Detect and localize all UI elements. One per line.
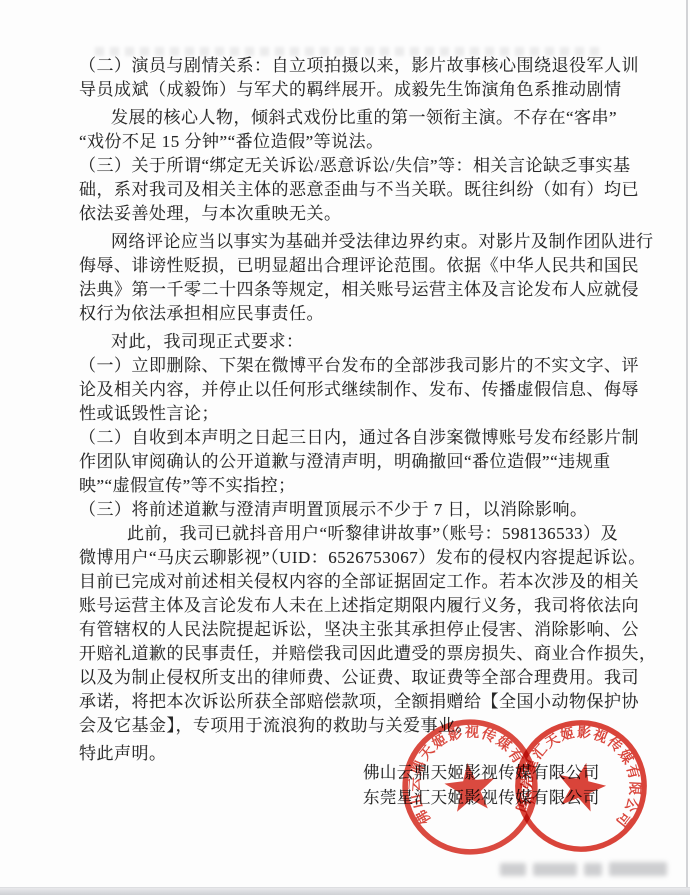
statement-line: 有管辖权的人民法院提起诉讼，坚决主张其承担停止侵害、消除影响、公 — [79, 618, 654, 642]
statement-line: （三）关于所谓“绑定无关诉讼/恶意诉讼/失信”等：相关言论缺乏事实基 — [79, 154, 654, 178]
statement-line: 此前，我司已就抖音用户“听黎律讲故事”（账号：598136533）及 — [79, 522, 654, 546]
statement-line: （二）自收到本声明之日起三日内，通过各自涉案微博账号发布经影片制 — [79, 426, 654, 450]
statement-line: 目前已完成对前述相关侵权内容的全部证据固定工作。若本次涉及的相关 — [79, 570, 654, 594]
statement-line: 网络评论应当以事实为基础并受法律边界约束。对影片及制作团队进行 — [79, 230, 654, 254]
statement-line: 映”“虚假宣传”等不实指控； — [79, 474, 654, 498]
statement-line: 论及相关内容，并停止以任何形式继续制作、发布、传播虚假信息、侮辱 — [79, 378, 654, 402]
statement-line: 法典》第一千零二十四条等规定，相关账号运营主体及言论发布人应就侵 — [79, 278, 654, 302]
statement-line: 依法妥善处理，与本次重映无关。 — [79, 202, 654, 226]
statement-line: “戏份不足 15 分钟”“番位造假”等说法。 — [79, 130, 654, 154]
statement-line: 侮辱、诽谤性贬损，已明显超出合理评论范围。依据《中华人民共和国民 — [79, 254, 654, 278]
statement-line: 以及为制止侵权所支出的律师费、公证费、取证费等全部合理费用。我司 — [79, 666, 654, 690]
statement-line: （三）将前述道歉与澄清声明置顶展示不少于 7 日，以消除影响。 — [79, 498, 654, 522]
statement-line: 会及它基金】，专项用于流浪狗的救助与关爱事业。 — [79, 714, 654, 738]
statement-line: 对此，我司现正式要求： — [79, 330, 654, 354]
statement-lines: （二）演员与剧情关系：自立项拍摄以来，影片故事核心围绕退役军人训导员成斌（成毅饰… — [79, 54, 654, 766]
statement-line: 作团队审阅确认的公开道歉与澄清声明，明确撤回“番位造假”“违规重 — [79, 450, 654, 474]
statement-line: 性或诋毁性言论； — [79, 402, 654, 426]
signature-block: 佛山云鼎天姬影视传媒有限公司 东莞星汇天姬影视传媒有限公司 — [363, 760, 600, 810]
statement-line: 发展的核心人物，倾斜式戏份比重的第一领衔主演。不存在“客串” — [79, 106, 654, 130]
statement-line: 权行为依法承担相应民事责任。 — [79, 302, 654, 326]
statement-line: 微博用户“马庆云聊影视”（UID：6526753067）发布的侵权内容提起诉讼。 — [79, 546, 654, 570]
signature-company-1: 佛山云鼎天姬影视传媒有限公司 — [363, 760, 600, 785]
legal-statement-page: { "colors": { "seal_red": "#d93a2f", "te… — [0, 0, 690, 895]
statement-line: 导员成斌（成毅饰）与军犬的羁绊展开。成毅先生饰演角色系推动剧情 — [79, 78, 654, 102]
blurred-watermark — [500, 858, 690, 880]
signature-company-2: 东莞星汇天姬影视传媒有限公司 — [363, 785, 600, 810]
photo-bottom-edge — [0, 887, 690, 895]
statement-line: （一）立即删除、下架在微博平台发布的全部涉我司影片的不实文字、评 — [79, 354, 654, 378]
statement-line: 开赔礼道歉的民事责任，并赔偿我司因此遭受的票房损失、商业合作损失， — [79, 642, 654, 666]
page-right-edge — [686, 0, 688, 887]
statement-line: 账号运营主体及言论发布人未在上述指定期限内履行义务，我司将依法向 — [79, 594, 654, 618]
statement-line: 承诺，将把本次诉讼所获全部赔偿款项，全额捐赠给【全国小动物保护协 — [79, 690, 654, 714]
statement-line: （二）演员与剧情关系：自立项拍摄以来，影片故事核心围绕退役军人训 — [79, 54, 654, 78]
statement-line: 础，系对我司及相关主体的恶意歪曲与不当关联。既往纠纷（如有）均已 — [79, 178, 654, 202]
